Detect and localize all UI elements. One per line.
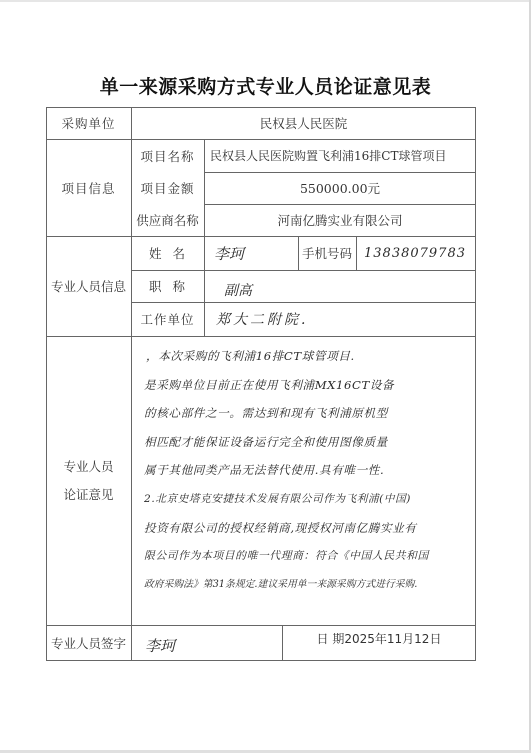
project-amount-label: 项目金额 bbox=[131, 172, 204, 204]
date-value: 2025年11月12日 bbox=[344, 630, 441, 647]
expert-name-label: 姓 名 bbox=[131, 236, 204, 270]
signature-label: 专业人员签字 bbox=[46, 625, 131, 660]
opinion-label-line1: 专业人员 bbox=[63, 453, 113, 481]
signature-value: 李珂 bbox=[131, 625, 282, 660]
opinion-line: 限公司作为本项目的唯一代理商：符合《中国人民共和国 bbox=[144, 542, 468, 571]
project-name-value: 民权县人民医院购置飞利浦16排CT球管项目 bbox=[204, 139, 476, 172]
work-unit-value: 郑大二附院. bbox=[204, 302, 476, 336]
opinion-label-line2: 论证意见 bbox=[63, 481, 113, 509]
expert-name-value: 李珂 bbox=[204, 236, 298, 270]
project-amount-value: 550000.00元 bbox=[204, 172, 476, 204]
phone-label: 手机号码 bbox=[298, 236, 356, 270]
work-unit-label: 工作单位 bbox=[131, 302, 204, 336]
table-border-bottom bbox=[46, 660, 476, 661]
opinion-line: 属于其他同类产品无法替代使用.具有唯一性. bbox=[144, 456, 468, 485]
date-label: 日 期 bbox=[317, 630, 345, 647]
purchaser-label: 采购单位 bbox=[46, 107, 131, 139]
phone-value: 13838079783 bbox=[356, 236, 476, 270]
opinion-line: 投资有限公司的授权经销商,现授权河南亿腾实业有 bbox=[144, 514, 468, 543]
supplier-name-label: 供应商名称 bbox=[131, 204, 204, 236]
opinion-label: 专业人员 论证意见 bbox=[46, 336, 131, 625]
project-info-label: 项目信息 bbox=[46, 139, 131, 236]
opinion-text: ，本次采购的飞利浦16排CT球管项目. 是采购单位目前正在使用飞利浦MX16CT… bbox=[140, 342, 472, 599]
opinion-line: 2.北京史塔克安捷技术发展有限公司作为飞利浦(中国) bbox=[144, 485, 468, 514]
job-title-value: 副高 bbox=[204, 270, 476, 302]
purchaser-value: 民权县人民医院 bbox=[131, 107, 476, 139]
expert-info-label: 专业人员信息 bbox=[46, 236, 131, 336]
project-name-label: 项目名称 bbox=[131, 139, 204, 172]
supplier-name-value: 河南亿腾实业有限公司 bbox=[204, 204, 476, 236]
date-cell: 日 期2025年11月12日 bbox=[282, 625, 476, 660]
opinion-line: 相匹配才能保证设备运行完全和使用图像质量 bbox=[144, 428, 468, 457]
opinion-line: 的核心部件之一。需达到和现有飞利浦原机型 bbox=[144, 399, 468, 428]
job-title-label: 职 称 bbox=[131, 270, 204, 302]
opinion-line: 是采购单位目前正在使用飞利浦MX16CT设备 bbox=[144, 371, 468, 400]
top-edge bbox=[0, 0, 531, 2]
opinion-line: ，本次采购的飞利浦16排CT球管项目. bbox=[144, 342, 468, 371]
opinion-line: 政府采购法》第31条规定.建议采用单一来源采购方式进行采购. bbox=[144, 571, 468, 600]
page-title: 单一来源采购方式专业人员论证意见表 bbox=[0, 72, 531, 99]
